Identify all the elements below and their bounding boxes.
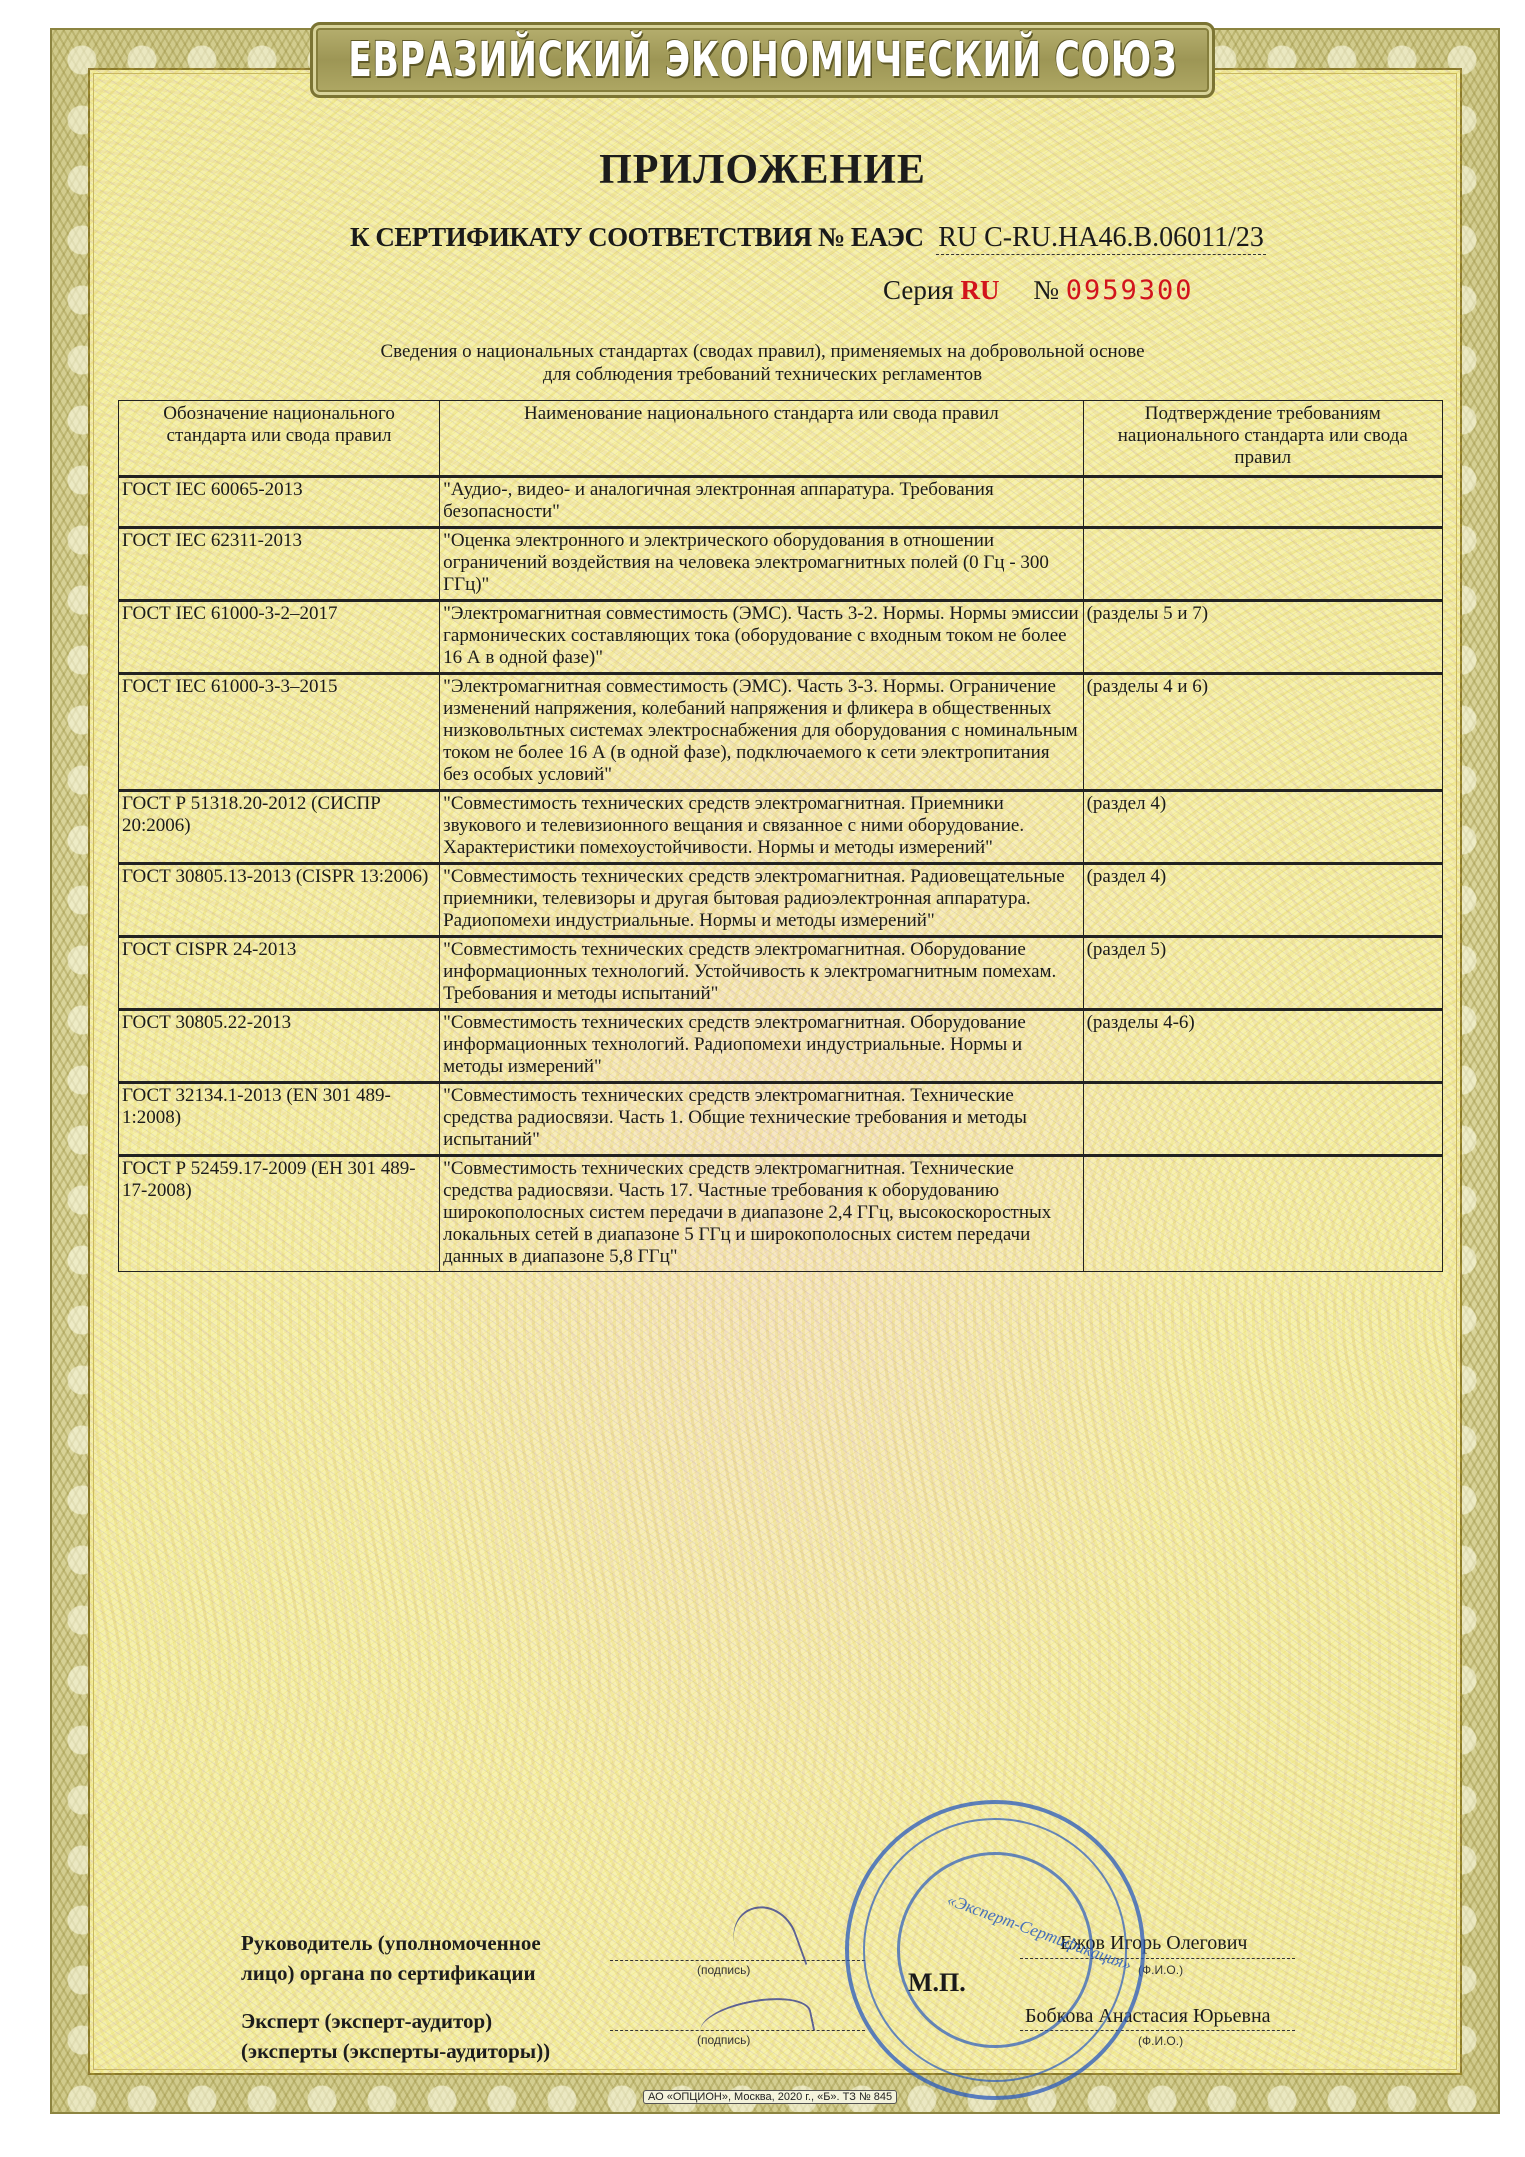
confirmation-cell: (разделы 4-6) — [1083, 1010, 1442, 1083]
intro-line-1: Сведения о национальных стандартах (свод… — [0, 340, 1525, 363]
certificate-number: RU C-RU.HA46.B.06011/23 — [936, 222, 1266, 255]
standard-name-cell: "Совместимость технических средств элект… — [440, 937, 1083, 1010]
confirmation-cell: (разделы 5 и 7) — [1083, 601, 1442, 674]
standard-code-cell: ГОСТ 32134.1-2013 (EN 301 489-1:2008) — [119, 1083, 440, 1156]
confirmation-cell — [1083, 477, 1442, 528]
column-header-code: Обозначение национального стандарта или … — [119, 401, 440, 477]
table-row: ГОСТ IEC 60065-2013"Аудио-, видео- и ана… — [119, 477, 1443, 528]
table-header-row: Обозначение национального стандарта или … — [119, 401, 1443, 477]
table-row: ГОСТ Р 52459.17-2009 (ЕН 301 489-17-2008… — [119, 1156, 1443, 1272]
series-label: Серия — [883, 275, 954, 305]
confirmation-cell — [1083, 528, 1442, 601]
standard-name-cell: "Электромагнитная совместимость (ЭМС). Ч… — [440, 674, 1083, 791]
confirmation-cell — [1083, 1156, 1442, 1272]
standard-code-cell: ГОСТ IEC 61000-3-2–2017 — [119, 601, 440, 674]
standard-code-cell: ГОСТ IEC 62311-2013 — [119, 528, 440, 601]
standard-name-cell: "Аудио-, видео- и аналогичная электронна… — [440, 477, 1083, 528]
intro-text: Сведения о национальных стандартах (свод… — [0, 340, 1525, 386]
certificate-reference: К СЕРТИФИКАТУ СООТВЕТСТВИЯ № ЕАЭС RU C-R… — [350, 222, 1266, 255]
table-row: ГОСТ IEC 61000-3-2–2017"Электромагнитная… — [119, 601, 1443, 674]
form-number-label: № — [1033, 275, 1059, 305]
table-row: ГОСТ Р 51318.20-2012 (СИСПР 20:2006)"Сов… — [119, 791, 1443, 864]
confirmation-cell: (разделы 4 и 6) — [1083, 674, 1442, 791]
standard-name-cell: "Оценка электронного и электрического об… — [440, 528, 1083, 601]
standard-code-cell: ГОСТ 30805.13-2013 (CISPR 13:2006) — [119, 864, 440, 937]
form-series: Серия RU № 0959300 — [883, 275, 1194, 306]
certificate-label: К СЕРТИФИКАТУ СООТВЕТСТВИЯ № ЕАЭС — [350, 222, 923, 252]
standard-code-cell: ГОСТ Р 51318.20-2012 (СИСПР 20:2006) — [119, 791, 440, 864]
table-row: ГОСТ IEC 61000-3-3–2015"Электромагнитная… — [119, 674, 1443, 791]
series-value: RU — [960, 275, 999, 305]
column-header-confirmation: Подтверждение требованиям национального … — [1083, 401, 1442, 477]
column-header-name: Наименование национального стандарта или… — [440, 401, 1083, 477]
table-row: ГОСТ 30805.13-2013 (CISPR 13:2006)"Совме… — [119, 864, 1443, 937]
confirmation-cell: (раздел 4) — [1083, 864, 1442, 937]
standard-code-cell: ГОСТ IEC 61000-3-3–2015 — [119, 674, 440, 791]
standard-code-cell: ГОСТ CISPR 24-2013 — [119, 937, 440, 1010]
standard-name-cell: "Совместимость технических средств элект… — [440, 1083, 1083, 1156]
standard-name-cell: "Совместимость технических средств элект… — [440, 1156, 1083, 1272]
table-row: ГОСТ 30805.22-2013"Совместимость техниче… — [119, 1010, 1443, 1083]
standard-name-cell: "Совместимость технических средств элект… — [440, 1010, 1083, 1083]
standard-code-cell: ГОСТ 30805.22-2013 — [119, 1010, 440, 1083]
header-banner: ЕВРАЗИЙСКИЙ ЭКОНОМИЧЕСКИЙ СОЮЗ — [310, 22, 1215, 98]
page-title: ПРИЛОЖЕНИЕ — [0, 146, 1525, 194]
table-row: ГОСТ 32134.1-2013 (EN 301 489-1:2008)"Со… — [119, 1083, 1443, 1156]
table-row: ГОСТ CISPR 24-2013"Совместимость техниче… — [119, 937, 1443, 1010]
standard-code-cell: ГОСТ IEC 60065-2013 — [119, 477, 440, 528]
confirmation-cell — [1083, 1083, 1442, 1156]
confirmation-cell: (раздел 4) — [1083, 791, 1442, 864]
intro-line-2: для соблюдения требований технических ре… — [0, 363, 1525, 386]
banner-title: ЕВРАЗИЙСКИЙ ЭКОНОМИЧЕСКИЙ СОЮЗ — [348, 32, 1177, 88]
standard-code-cell: ГОСТ Р 52459.17-2009 (ЕН 301 489-17-2008… — [119, 1156, 440, 1272]
confirmation-cell: (раздел 5) — [1083, 937, 1442, 1010]
standard-name-cell: "Совместимость технических средств элект… — [440, 864, 1083, 937]
standard-name-cell: "Совместимость технических средств элект… — [440, 791, 1083, 864]
table-row: ГОСТ IEC 62311-2013"Оценка электронного … — [119, 528, 1443, 601]
standards-table: Обозначение национального стандарта или … — [118, 400, 1443, 1272]
standard-name-cell: "Электромагнитная совместимость (ЭМС). Ч… — [440, 601, 1083, 674]
form-number: 0959300 — [1066, 275, 1194, 306]
printer-imprint: АО «ОПЦИОН», Москва, 2020 г., «Б». ТЗ № … — [643, 2090, 897, 2104]
